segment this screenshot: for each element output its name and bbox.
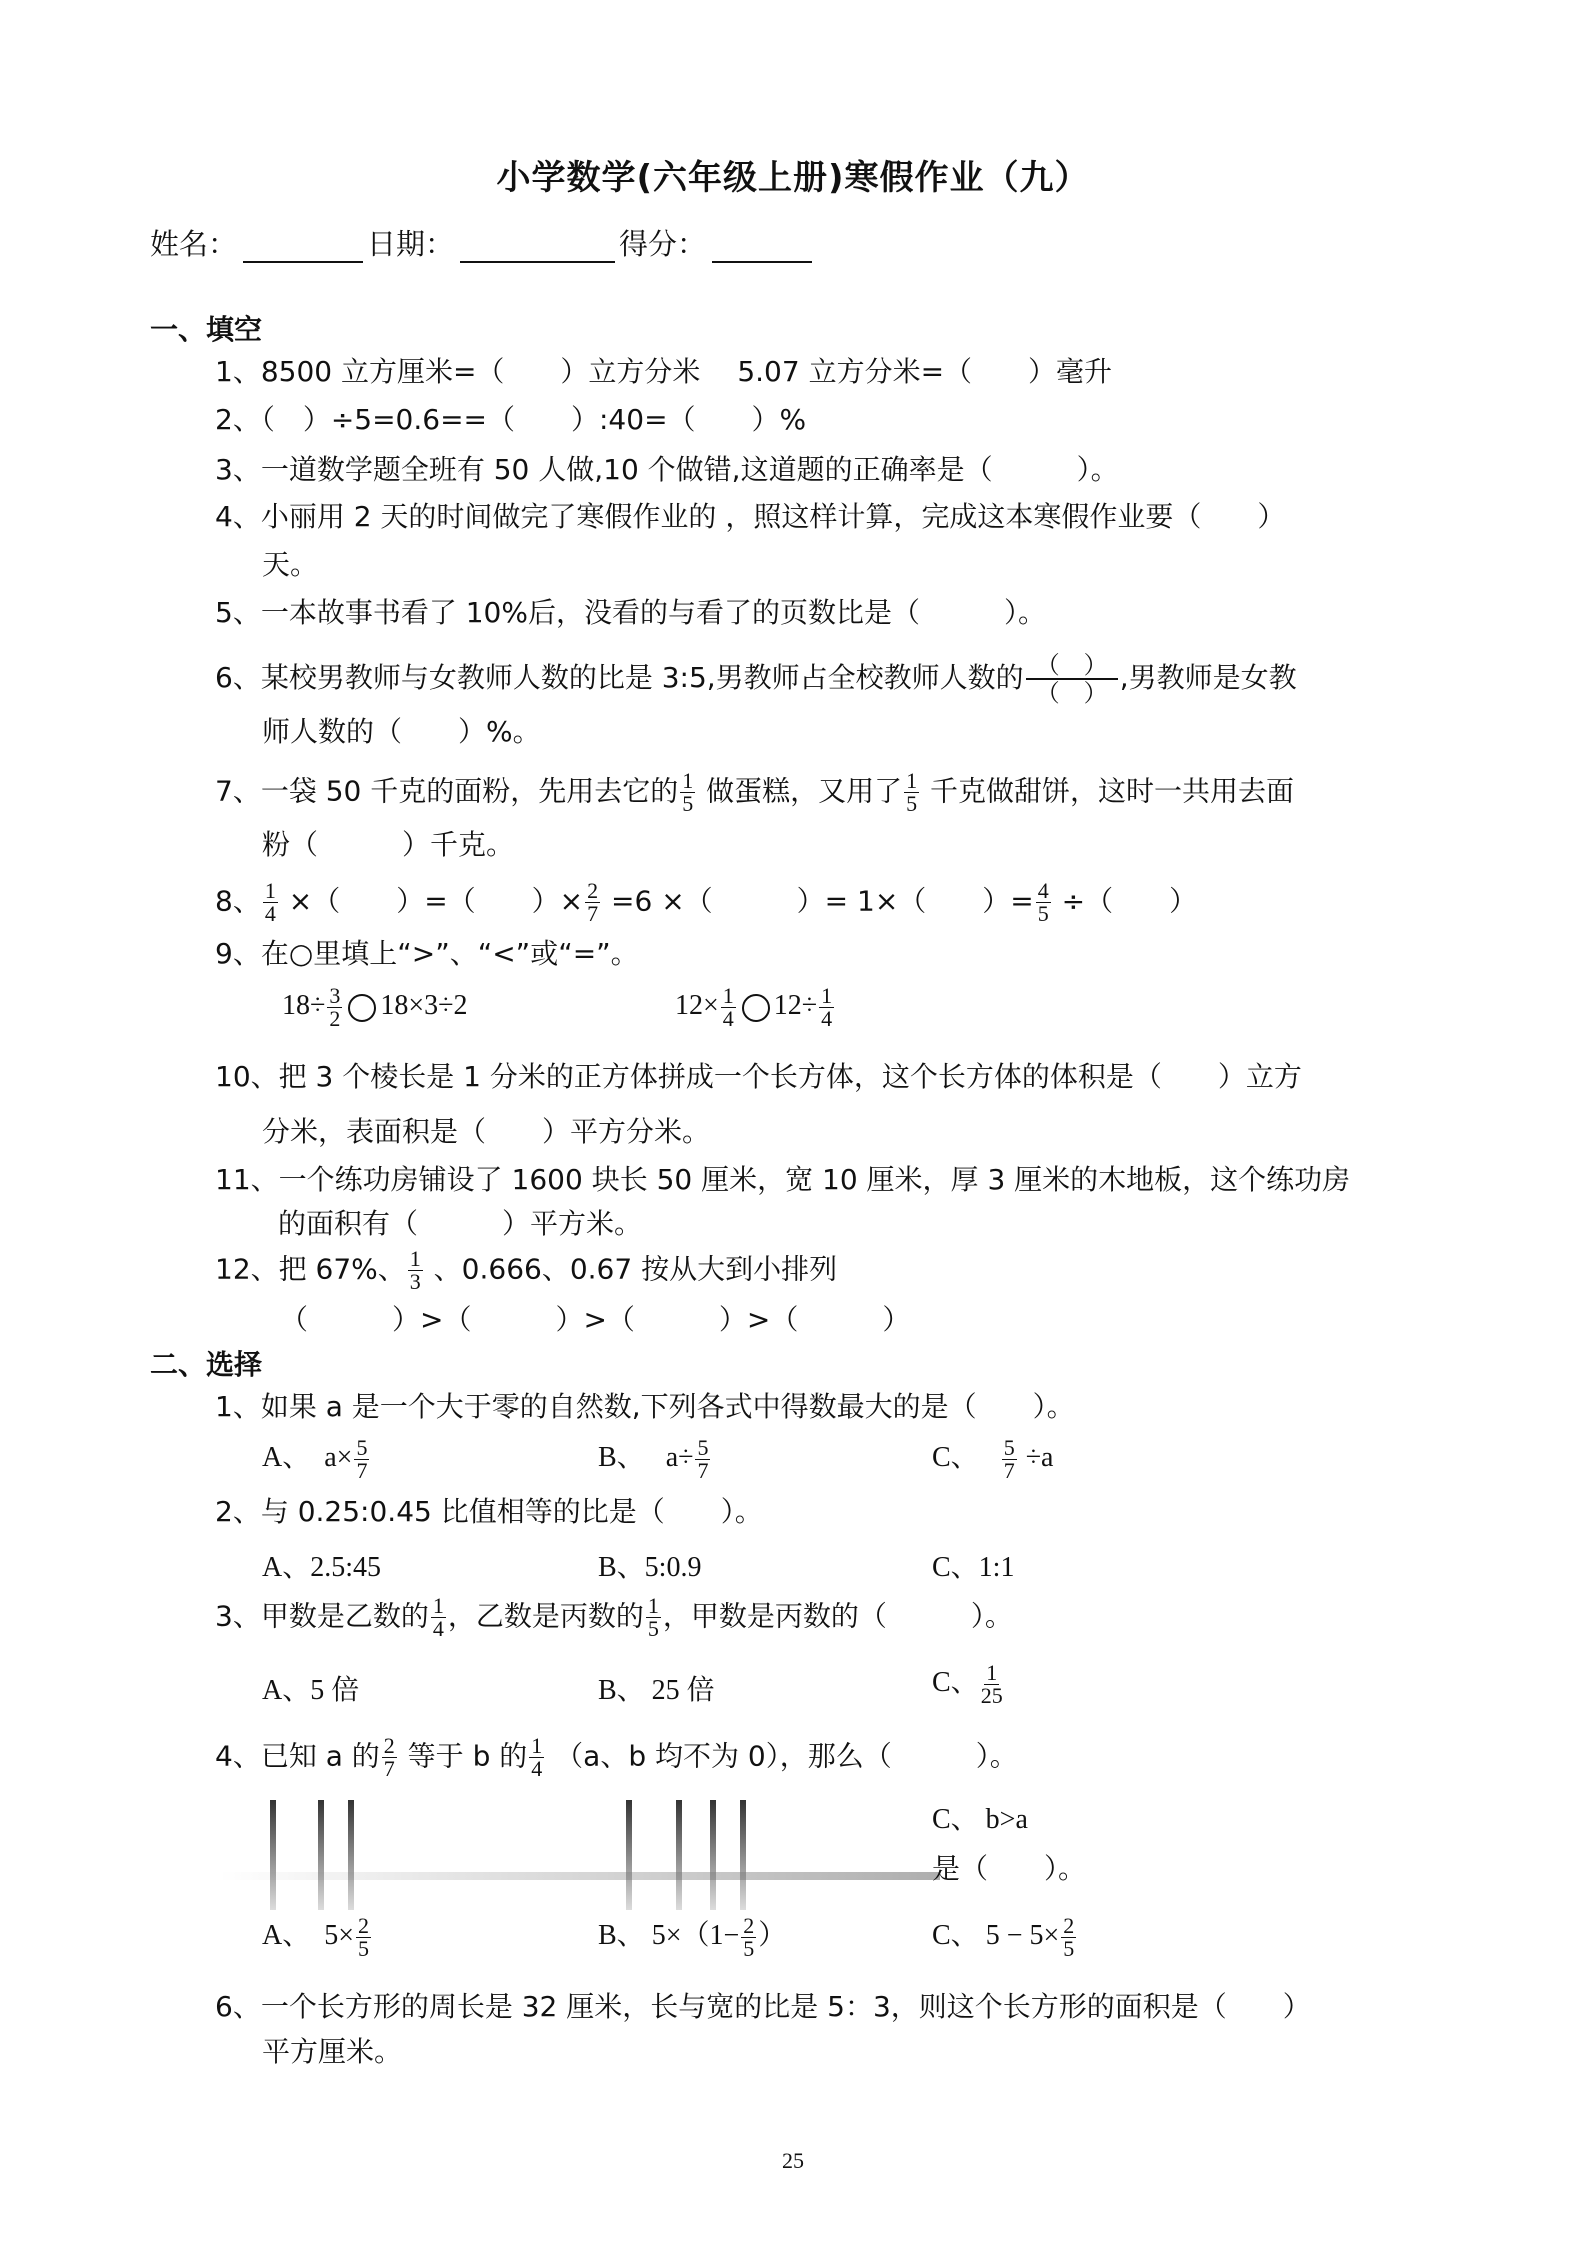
fraction: 45 <box>1036 880 1051 925</box>
question-1-3: 3、一道数学题全班有 50 人做,10 个做错,这道题的正确率是（ ）。 <box>215 453 1119 487</box>
question-1-9-left: 18÷3218×3÷2 <box>282 985 468 1030</box>
option-2-1-b[interactable]: B、 a÷57 <box>598 1435 712 1482</box>
option-2-5-b[interactable]: B、 5×（1−25） <box>598 1913 786 1960</box>
question-1-8: 8、14 ×（ ）=（ ）×27 =6 ×（ ）= 1×（ ）=45 ÷（ ） <box>215 880 1197 925</box>
fraction: 13 <box>408 1248 423 1293</box>
question-1-12: 12、把 67%、13 、0.666、0.67 按从大到小排列 <box>215 1248 837 1293</box>
option-2-5-a[interactable]: A、 5×25 <box>262 1913 373 1960</box>
compare-circle[interactable] <box>348 994 376 1022</box>
question-1-6-cont: 师人数的（ ）%。 <box>262 715 541 749</box>
question-2-5-tail: 是（ ）。 <box>932 1852 1086 1886</box>
scan-artifact <box>220 1800 940 1910</box>
question-1-4-cont: 天。 <box>262 548 318 582</box>
option-2-3-c[interactable]: C、125 <box>932 1660 1005 1707</box>
question-1-9-right: 12×1412÷14 <box>675 985 836 1030</box>
option-2-2-b[interactable]: B、5:0.9 <box>598 1545 701 1585</box>
question-1-12-answer-row: （ ）>（ ）>（ ）>（ ） <box>280 1303 910 1337</box>
fraction-blank[interactable]: （ ）（ ） <box>1026 652 1118 706</box>
score-field[interactable] <box>712 231 812 263</box>
date-field[interactable] <box>460 231 615 263</box>
option-2-3-b[interactable]: B、 25 倍 <box>598 1668 715 1708</box>
fraction: 32 <box>327 985 342 1030</box>
option-2-4-c[interactable]: C、 b>a <box>932 1797 1028 1837</box>
question-1-10: 10、把 3 个棱长是 1 分米的正方体拼成一个长方体，这个长方体的体积是（ ）… <box>215 1060 1302 1094</box>
fraction: 15 <box>904 770 919 815</box>
fraction: 14 <box>263 880 278 925</box>
question-2-3: 3、甲数是乙数的14，乙数是丙数的15，甲数是丙数的（ ）。 <box>215 1595 1013 1640</box>
fraction: 14 <box>819 985 834 1030</box>
question-2-4: 4、已知 a 的27 等于 b 的14 （a、b 均不为 0），那么（ ）。 <box>215 1735 1018 1780</box>
option-2-3-a[interactable]: A、5 倍 <box>262 1668 359 1708</box>
section-heading-choice: 二、选择 <box>150 1343 262 1383</box>
option-2-2-a[interactable]: A、2.5:45 <box>262 1545 381 1585</box>
question-1-2: 2、（ ）÷5=0.6==（ ）:40=（ ）% <box>215 403 806 437</box>
question-1-10-cont: 分米，表面积是（ ）平方分米。 <box>262 1115 710 1149</box>
worksheet-page: 小学数学(六年级上册)寒假作业（九） 姓名： 日期： 得分： 一、填空 1、85… <box>0 0 1586 2244</box>
option-2-1-c[interactable]: C、 57 ÷a <box>932 1435 1053 1482</box>
question-1-11: 11、一个练功房铺设了 1600 块长 50 厘米，宽 10 厘米，厚 3 厘米… <box>215 1163 1350 1197</box>
student-info-row: 姓名： 日期： 得分： <box>150 222 816 263</box>
score-label: 得分： <box>619 222 706 263</box>
fraction: 15 <box>680 770 695 815</box>
option-2-2-c[interactable]: C、1:1 <box>932 1545 1014 1585</box>
question-2-1: 1、如果 a 是一个大于零的自然数,下列各式中得数最大的是（ ）。 <box>215 1390 1075 1424</box>
question-1-5: 5、一本故事书看了 10%后，没看的与看了的页数比是（ ）。 <box>215 596 1046 630</box>
question-1-6: 6、某校男教师与女教师人数的比是 3:5,男教师占全校教师人数的（ ）（ ）,男… <box>215 652 1297 706</box>
page-title: 小学数学(六年级上册)寒假作业（九） <box>0 150 1586 199</box>
question-1-9: 9、在○里填上“>”、“<”或“=”。 <box>215 937 639 971</box>
question-2-6-cont: 平方厘米。 <box>262 2035 402 2069</box>
name-label: 姓名： <box>150 222 237 263</box>
name-field[interactable] <box>243 231 363 263</box>
date-label: 日期： <box>367 222 454 263</box>
question-2-6: 6、一个长方形的周长是 32 厘米，长与宽的比是 5：3，则这个长方形的面积是（… <box>215 1990 1311 2024</box>
page-number: 25 <box>0 2148 1586 2174</box>
option-2-5-c[interactable]: C、 5 − 5×25 <box>932 1913 1078 1960</box>
option-2-1-a[interactable]: A、 a×57 <box>262 1435 371 1482</box>
question-1-7: 7、一袋 50 千克的面粉，先用去它的15 做蛋糕，又用了15 千克做甜饼，这时… <box>215 770 1294 815</box>
question-1-7-cont: 粉（ ）千克。 <box>262 828 514 862</box>
question-1-1: 1、8500 立方厘米=（ ）立方分米 5.07 立方分米=（ ）毫升 <box>215 355 1112 389</box>
fraction: 14 <box>721 985 736 1030</box>
compare-circle[interactable] <box>742 994 770 1022</box>
question-2-2: 2、与 0.25:0.45 比值相等的比是（ ）。 <box>215 1495 763 1529</box>
question-1-11-cont: 的面积有（ ）平方米。 <box>278 1207 642 1241</box>
question-1-4: 4、小丽用 2 天的时间做完了寒假作业的 ，照这样计算，完成这本寒假作业要（ ） <box>215 500 1285 534</box>
fraction: 27 <box>585 880 600 925</box>
section-heading-fill-blank: 一、填空 <box>150 308 262 348</box>
